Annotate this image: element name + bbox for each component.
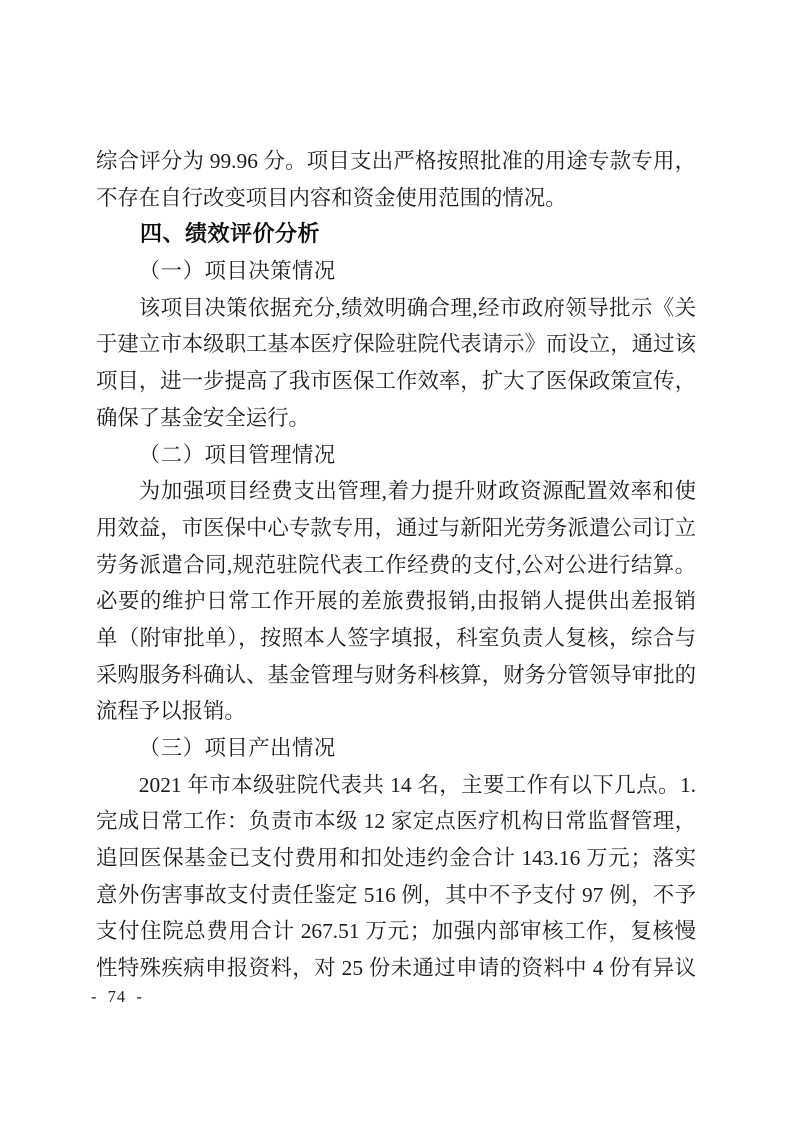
text-line: 综合评分为 99.96 分。项目支出严格按照批准的用途专款专用， [96, 143, 696, 180]
text-line: 为加强项目经费支出管理,着力提升财政资源配置效率和使 [96, 473, 696, 510]
text-line: 不存在自行改变项目内容和资金使用范围的情况。 [96, 180, 696, 217]
text-line: 意外伤害事故支付责任鉴定 516 例，其中不予支付 97 例，不予 [96, 877, 696, 914]
subsection-heading: （二）项目管理情况 [96, 437, 696, 474]
text-line: 确保了基金安全运行。 [96, 400, 696, 437]
text-line: 该项目决策依据充分,绩效明确合理,经市政府领导批示《关 [96, 290, 696, 327]
text-line: 用效益，市医保中心专款专用，通过与新阳光劳务派遣公司订立 [96, 510, 696, 547]
subsection-heading: （三）项目产出情况 [96, 730, 696, 767]
subsection-heading: （一）项目决策情况 [96, 253, 696, 290]
document-body: 综合评分为 99.96 分。项目支出严格按照批准的用途专款专用，不存在自行改变项… [96, 143, 696, 987]
section-heading: 四、绩效评价分析 [96, 216, 696, 253]
text-line: 完成日常工作：负责市本级 12 家定点医疗机构日常监督管理， [96, 803, 696, 840]
text-line: 必要的维护日常工作开展的差旅费报销,由报销人提供出差报销 [96, 583, 696, 620]
text-line: 于建立市本级职工基本医疗保险驻院代表请示》而设立，通过该 [96, 326, 696, 363]
page-number: - 74 - [91, 986, 143, 1008]
text-line: 支付住院总费用合计 267.51 万元；加强内部审核工作，复核慢 [96, 913, 696, 950]
text-line: 劳务派遣合同,规范驻院代表工作经费的支付,公对公进行结算。 [96, 547, 696, 584]
text-line: 项目，进一步提高了我市医保工作效率，扩大了医保政策宣传， [96, 363, 696, 400]
text-line: 采购服务科确认、基金管理与财务科核算，财务分管领导审批的 [96, 657, 696, 694]
document-page: 综合评分为 99.96 分。项目支出严格按照批准的用途专款专用，不存在自行改变项… [0, 0, 793, 1122]
text-line: 追回医保基金已支付费用和扣处违约金合计 143.16 万元；落实 [96, 840, 696, 877]
text-line: 性特殊疾病申报资料，对 25 份未通过申请的资料中 4 份有异议 [96, 950, 696, 987]
text-line: 2021 年市本级驻院代表共 14 名，主要工作有以下几点。1. [96, 767, 696, 804]
text-line: 流程予以报销。 [96, 693, 696, 730]
text-line: 单（附审批单），按照本人签字填报，科室负责人复核，综合与 [96, 620, 696, 657]
